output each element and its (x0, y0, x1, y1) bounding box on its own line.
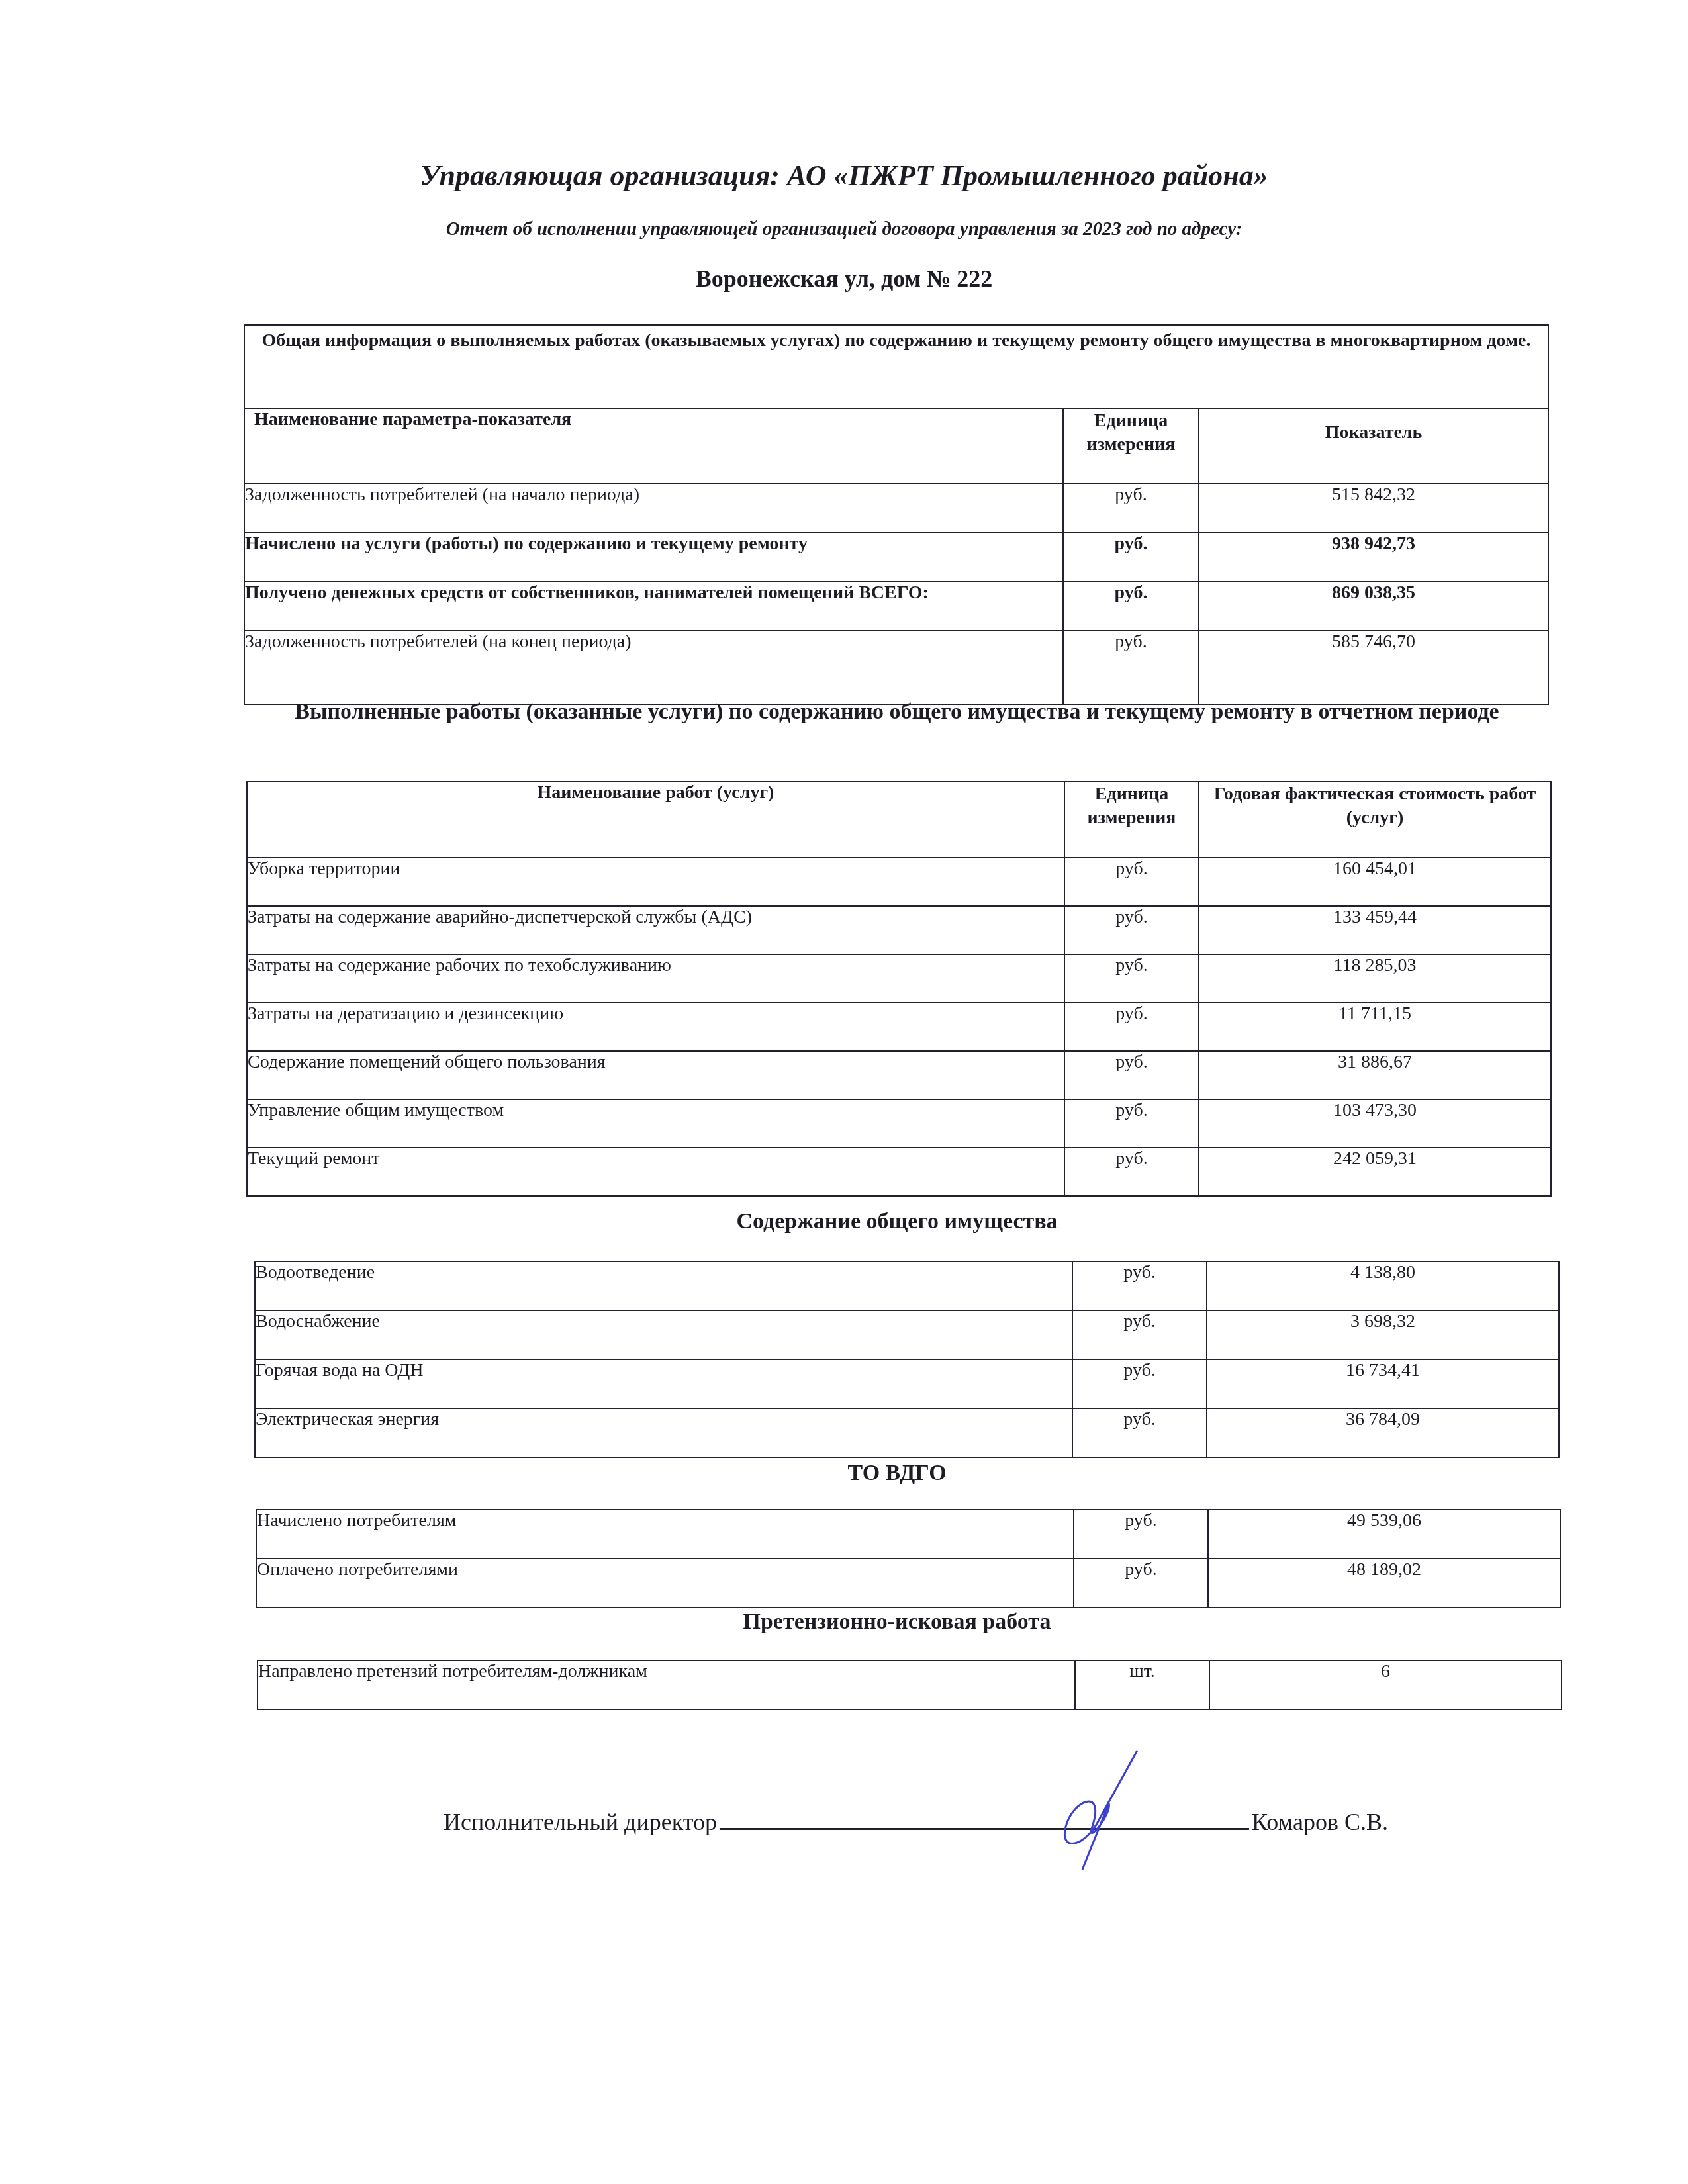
column-header-unit: Единица измерения (1063, 408, 1199, 484)
row-name: Водоотведение (255, 1261, 1072, 1310)
row-unit: руб. (1063, 631, 1199, 705)
row-name: Задолженность потребителей (на начало пе… (244, 484, 1063, 533)
table-row: Уборка территориируб.160 454,01 (247, 858, 1551, 906)
table-row: Получено денежных средств от собственник… (244, 582, 1548, 631)
claims-table: Направлено претензий потребителям-должни… (257, 1660, 1562, 1710)
row-unit: руб. (1072, 1310, 1207, 1359)
report-subtitle: Отчет об исполнении управляющей организа… (0, 218, 1688, 240)
column-header-annual-cost: Годовая фактическая стоимость работ (усл… (1199, 782, 1551, 858)
column-header-work-name: Наименование работ (услуг) (247, 782, 1064, 858)
column-header-unit: Единица измерения (1064, 782, 1199, 858)
common-property-title: Содержание общего имущества (245, 1205, 1549, 1239)
row-unit: руб. (1064, 858, 1199, 906)
row-name: Начислено потребителям (256, 1510, 1074, 1559)
row-name: Содержание помещений общего пользования (247, 1051, 1064, 1099)
table-row: Затраты на содержание рабочих по техобсл… (247, 954, 1551, 1003)
table-row: Горячая вода на ОДНруб.16 734,41 (255, 1359, 1559, 1408)
table-row: Направлено претензий потребителям-должни… (258, 1661, 1562, 1709)
vdgo-title: ТО ВДГО (245, 1456, 1549, 1490)
row-name: Затраты на содержание рабочих по техобсл… (247, 954, 1064, 1003)
row-value: 103 473,30 (1199, 1099, 1551, 1148)
row-value: 585 746,70 (1199, 631, 1548, 705)
row-value: 3 698,32 (1207, 1310, 1559, 1359)
row-unit: руб. (1072, 1408, 1207, 1457)
row-value: 242 059,31 (1199, 1148, 1551, 1196)
row-name: Направлено претензий потребителям-должни… (258, 1661, 1075, 1709)
table-row: Задолженность потребителей (на начало пе… (244, 484, 1548, 533)
works-table: Наименование работ (услуг) Единица измер… (246, 781, 1552, 1197)
row-value: 6 (1209, 1661, 1562, 1709)
row-unit: руб. (1064, 906, 1199, 954)
table-row: Управление общим имуществомруб.103 473,3… (247, 1099, 1551, 1148)
table-row: Текущий ремонтруб.242 059,31 (247, 1148, 1551, 1196)
row-value: 160 454,01 (1199, 858, 1551, 906)
column-header-value: Показатель (1199, 408, 1548, 484)
row-unit: руб. (1072, 1261, 1207, 1310)
signer-position: Исполнительный директор (444, 1809, 717, 1835)
column-header-parameter: Наименование параметра-показателя (244, 408, 1063, 484)
row-value: 31 886,67 (1199, 1051, 1551, 1099)
row-value: 938 942,73 (1199, 533, 1548, 582)
works-section-title: Выполненные работы (оказанные услуги) по… (245, 695, 1549, 729)
row-unit: руб. (1063, 582, 1199, 631)
row-unit: руб. (1064, 1148, 1199, 1196)
row-unit: руб. (1064, 1099, 1199, 1148)
row-name: Затраты на дератизацию и дезинсекцию (247, 1003, 1064, 1051)
row-name: Затраты на содержание аварийно-диспетчер… (247, 906, 1064, 954)
row-unit: руб. (1074, 1559, 1208, 1608)
row-name: Электрическая энергия (255, 1408, 1072, 1457)
claims-title: Претензионно-исковая работа (245, 1605, 1549, 1639)
row-value: 11 711,15 (1199, 1003, 1551, 1051)
table-row: Электрическая энергияруб.36 784,09 (255, 1408, 1559, 1457)
row-value: 36 784,09 (1207, 1408, 1559, 1457)
row-value: 118 285,03 (1199, 954, 1551, 1003)
table-row: Водоснабжениеруб.3 698,32 (255, 1310, 1559, 1359)
row-value: 515 842,32 (1199, 484, 1548, 533)
row-name: Задолженность потребителей (на конец пер… (244, 631, 1063, 705)
row-unit: руб. (1063, 533, 1199, 582)
handwritten-signature-icon (1019, 1747, 1152, 1873)
row-unit: руб. (1064, 1051, 1199, 1099)
table-row: Оплачено потребителямируб.48 189,02 (256, 1559, 1560, 1608)
row-unit: руб. (1072, 1359, 1207, 1408)
row-value: 133 459,44 (1199, 906, 1551, 954)
row-name: Водоснабжение (255, 1310, 1072, 1359)
signer-name: Комаров С.В. (1252, 1809, 1388, 1835)
row-unit: руб. (1074, 1510, 1208, 1559)
table-row: Начислено потребителямруб.49 539,06 (256, 1510, 1560, 1559)
address: Воронежская ул, дом № 222 (0, 265, 1688, 293)
row-name: Оплачено потребителями (256, 1559, 1074, 1608)
row-name: Горячая вода на ОДН (255, 1359, 1072, 1408)
row-value: 48 189,02 (1208, 1559, 1560, 1608)
org-title: Управляющая организация: АО «ПЖРТ Промыш… (0, 159, 1688, 193)
row-unit: руб. (1064, 1003, 1199, 1051)
signature-block: Исполнительный директорКомаров С.В. (444, 1807, 1388, 1836)
table-row: Содержание помещений общего пользованияр… (247, 1051, 1551, 1099)
general-info-title: Общая информация о выполняемых работах (… (244, 325, 1548, 408)
row-name: Получено денежных средств от собственник… (244, 582, 1063, 631)
row-value: 869 038,35 (1199, 582, 1548, 631)
vdgo-table: Начислено потребителямруб.49 539,06Оплач… (256, 1509, 1561, 1608)
signature-line (720, 1807, 1249, 1830)
row-value: 16 734,41 (1207, 1359, 1559, 1408)
row-unit: шт. (1075, 1661, 1209, 1709)
table-row: Начислено на услуги (работы) по содержан… (244, 533, 1548, 582)
table-row: Затраты на содержание аварийно-диспетчер… (247, 906, 1551, 954)
row-unit: руб. (1063, 484, 1199, 533)
table-row: Затраты на дератизацию и дезинсекциюруб.… (247, 1003, 1551, 1051)
table-row: Водоотведениеруб.4 138,80 (255, 1261, 1559, 1310)
row-unit: руб. (1064, 954, 1199, 1003)
row-value: 49 539,06 (1208, 1510, 1560, 1559)
row-name: Управление общим имуществом (247, 1099, 1064, 1148)
general-info-table: Общая информация о выполняемых работах (… (244, 324, 1549, 705)
common-property-table: Водоотведениеруб.4 138,80Водоснабжениеру… (254, 1261, 1560, 1458)
row-value: 4 138,80 (1207, 1261, 1559, 1310)
row-name: Начислено на услуги (работы) по содержан… (244, 533, 1063, 582)
row-name: Текущий ремонт (247, 1148, 1064, 1196)
row-name: Уборка территории (247, 858, 1064, 906)
table-row: Задолженность потребителей (на конец пер… (244, 631, 1548, 705)
